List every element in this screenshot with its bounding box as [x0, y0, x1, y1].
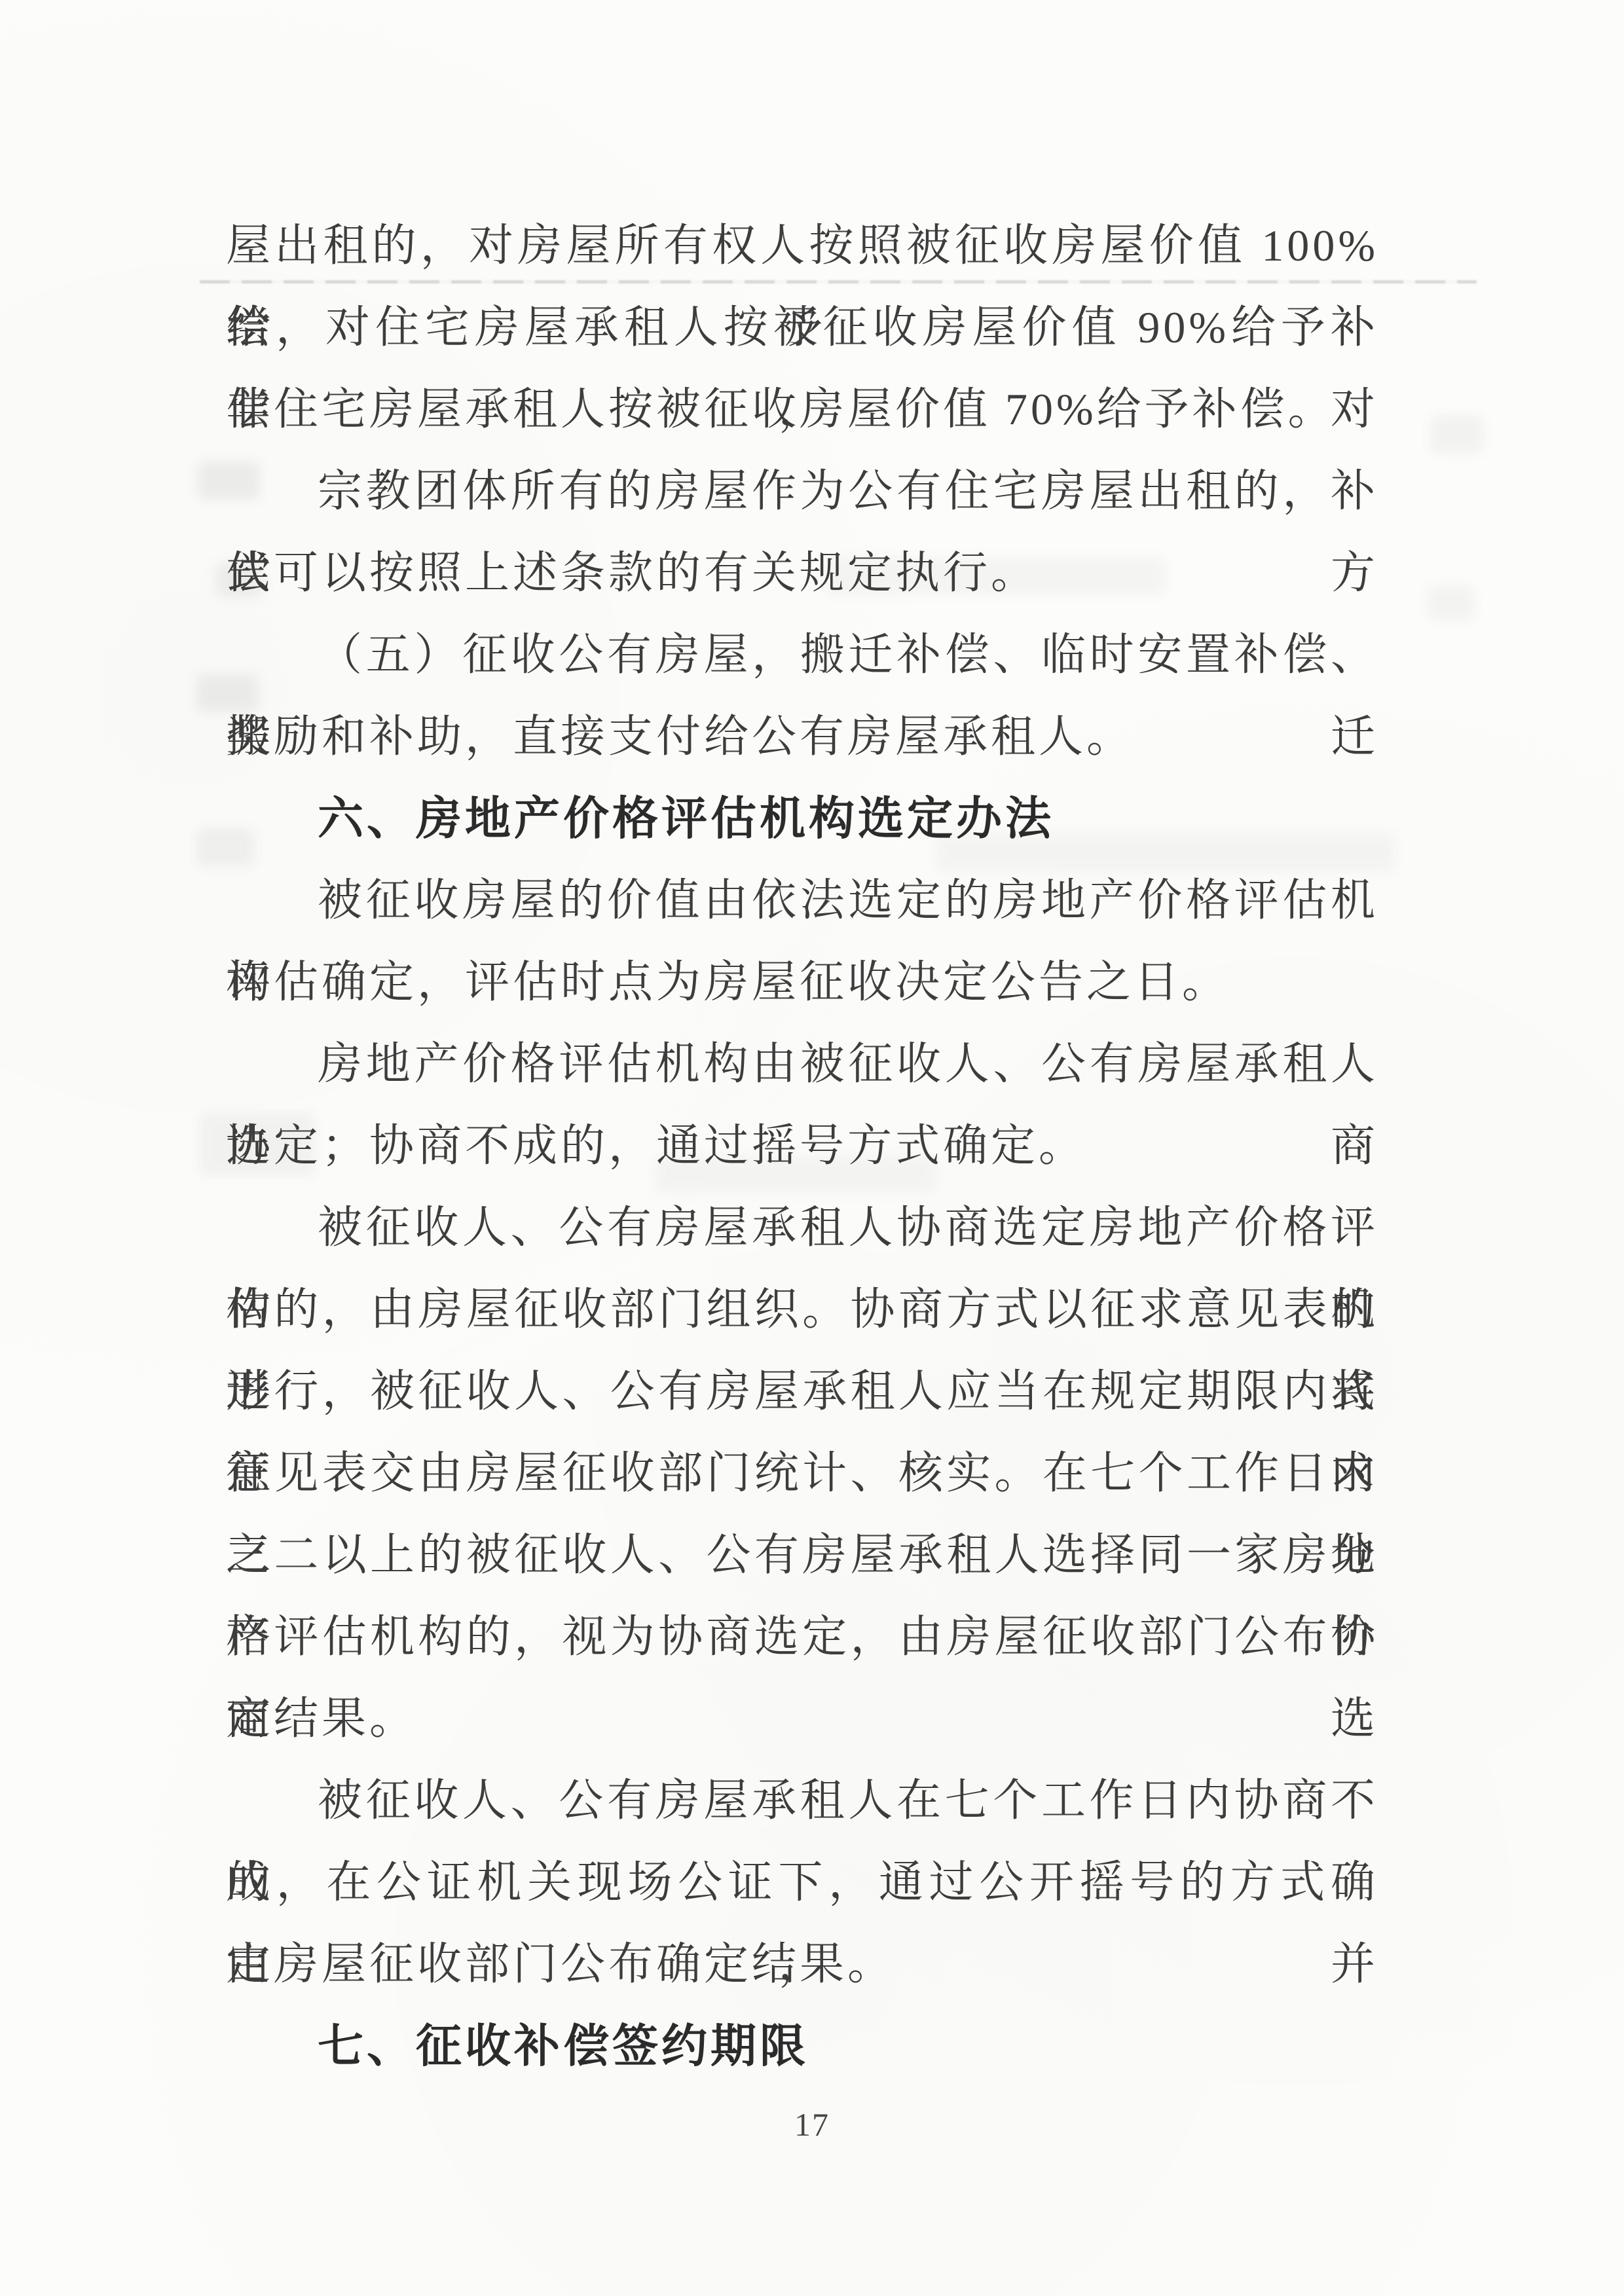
text-line: 格评估机构的，视为协商选定，由房屋征收部门公布协商选 [226, 1596, 1378, 1678]
paragraph: 被征收人、公有房屋承租人协商选定房地产价格评估机构的，由房屋征收部门组织。协商方… [226, 1187, 1378, 1760]
text-line: 进行，被征收人、公有房屋承租人应当在规定期限内将征求 [226, 1351, 1378, 1432]
text-block: 屋出租的，对房屋所有权人按照被征收房屋价值 100%给予补偿，对住宅房屋承租人按… [226, 205, 1378, 2087]
text-line: 房地产价格评估机构由被征收人、公有房屋承租人协商 [226, 1023, 1378, 1105]
scan-artifact-smudge [1428, 586, 1475, 620]
text-line: 的，在公证机关现场公证下，通过公开摇号的方式确定，并 [226, 1842, 1378, 1923]
scan-artifact-smudge [1431, 416, 1483, 454]
text-line: 被征收人、公有房屋承租人在七个工作日内协商不成 [226, 1760, 1378, 1842]
paragraph: 宗教团体所有的房屋作为公有住宅房屋出租的，补偿方式可以按照上述条款的有关规定执行… [226, 450, 1378, 614]
text-line: （五）征收公有房屋，搬迁补偿、临时安置补偿、搬迁 [226, 614, 1378, 696]
heading-line: 七、征收补偿签约期限 [226, 2005, 1378, 2087]
text-line: 宗教团体所有的房屋作为公有住宅房屋出租的，补偿方 [226, 450, 1378, 532]
text-line: 被征收房屋的价值由依法选定的房地产价格评估机构 [226, 860, 1378, 941]
text-line: 评估确定，评估时点为房屋征收决定公告之日。 [226, 941, 1378, 1023]
text-line: 屋出租的，对房屋所有权人按照被征收房屋价值 100%给予补 [226, 205, 1378, 287]
paragraph: （五）征收公有房屋，搬迁补偿、临时安置补偿、搬迁奖励和补助，直接支付给公有房屋承… [226, 614, 1378, 778]
section-heading: 七、征收补偿签约期限 [226, 2005, 1378, 2087]
heading-line: 六、房地产价格评估机构选定办法 [226, 778, 1378, 860]
text-line: 构的，由房屋征收部门组织。协商方式以征求意见表的形式 [226, 1269, 1378, 1351]
scanned-document-page: 屋出租的，对房屋所有权人按照被征收房屋价值 100%给予补偿，对住宅房屋承租人按… [0, 0, 1624, 2296]
text-line: 意见表交由房屋征收部门统计、核实。在七个工作日内三分 [226, 1432, 1378, 1514]
text-line: 偿，对住宅房屋承租人按被征收房屋价值 90%给予补偿，对 [226, 287, 1378, 369]
paragraph: 被征收房屋的价值由依法选定的房地产价格评估机构评估确定，评估时点为房屋征收决定公… [226, 860, 1378, 1023]
paragraph: 被征收人、公有房屋承租人在七个工作日内协商不成的，在公证机关现场公证下，通过公开… [226, 1760, 1378, 2005]
section-heading: 六、房地产价格评估机构选定办法 [226, 778, 1378, 860]
paragraph: 房地产价格评估机构由被征收人、公有房屋承租人协商选定；协商不成的，通过摇号方式确… [226, 1023, 1378, 1187]
text-line: 非住宅房屋承租人按被征收房屋价值 70%给予补偿。 [226, 369, 1378, 450]
page-number: 17 [0, 2098, 1624, 2151]
text-line: 之二以上的被征收人、公有房屋承租人选择同一家房地产价 [226, 1514, 1378, 1596]
text-line: 被征收人、公有房屋承租人协商选定房地产价格评估机 [226, 1187, 1378, 1269]
paragraph: 屋出租的，对房屋所有权人按照被征收房屋价值 100%给予补偿，对住宅房屋承租人按… [226, 205, 1378, 450]
